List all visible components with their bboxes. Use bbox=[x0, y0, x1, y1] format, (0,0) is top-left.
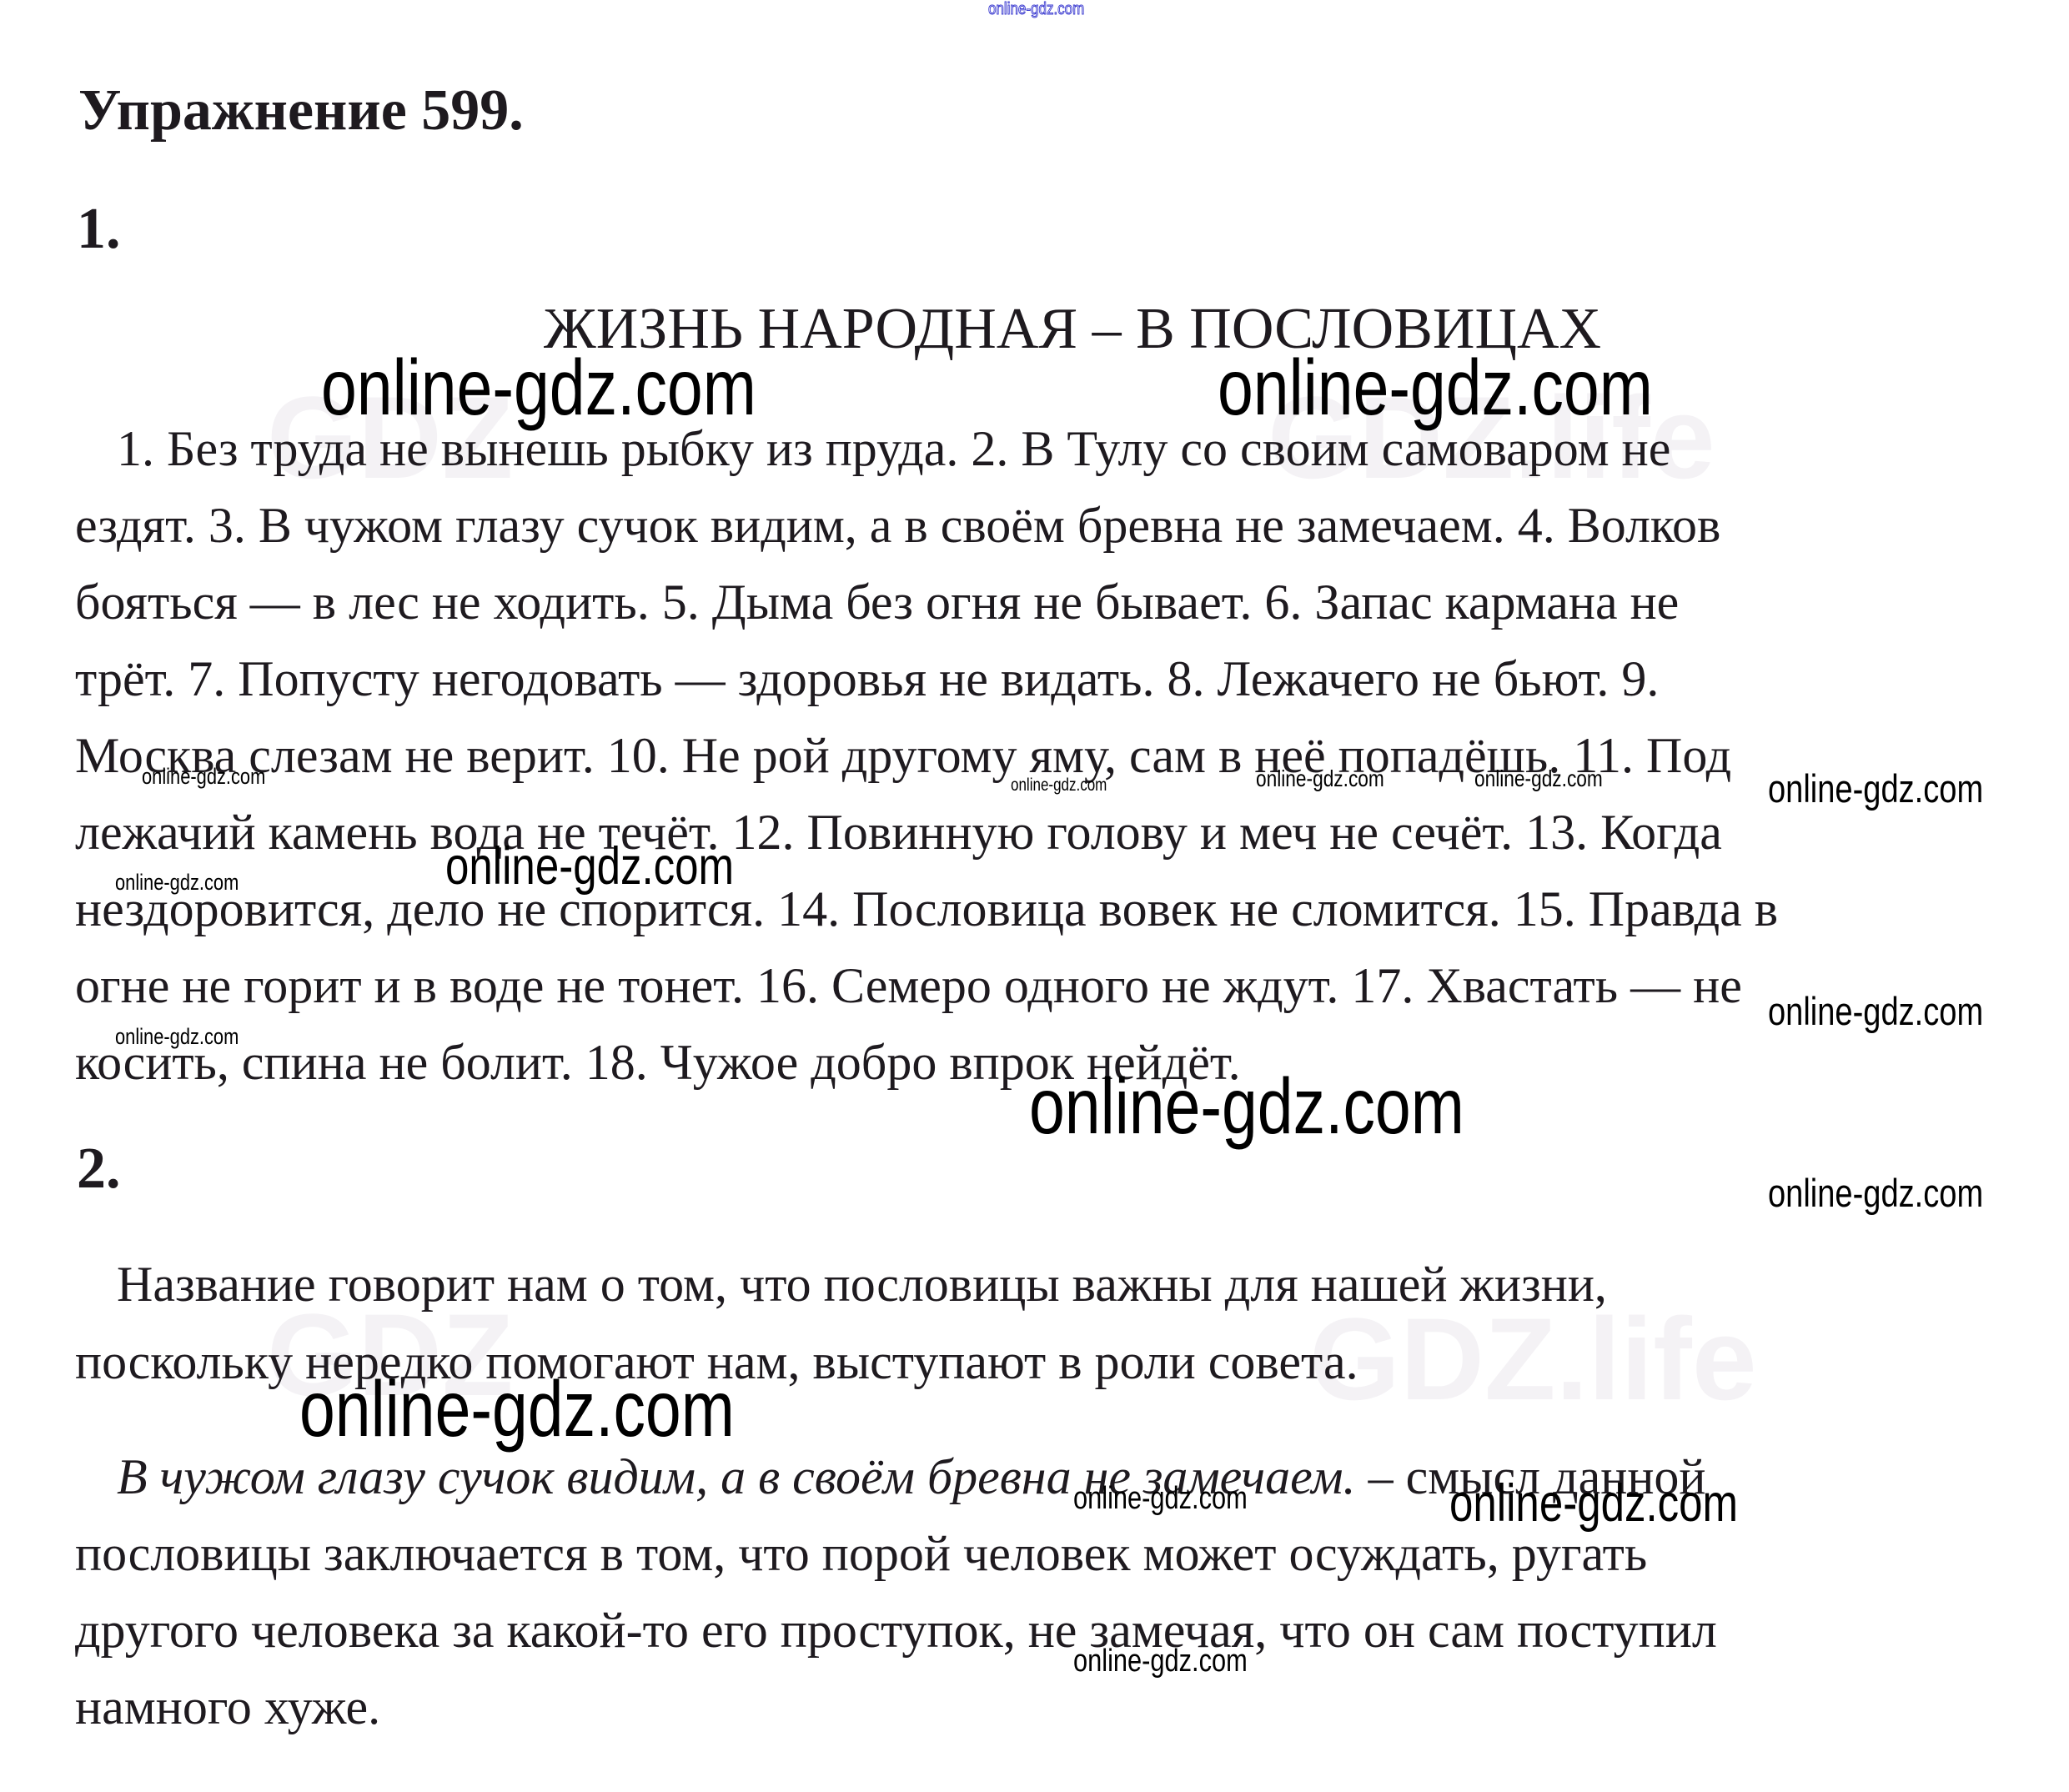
site-watermark: online-gdz.com bbox=[445, 841, 734, 893]
site-watermark: online-gdz.com bbox=[1768, 991, 1983, 1031]
site-watermark: online-gdz.com bbox=[321, 349, 756, 428]
site-watermark: online-gdz.com bbox=[299, 1370, 735, 1449]
watermark-layer: online-gdz.com online-gdz.com online-gdz… bbox=[0, 0, 2069, 1792]
site-watermark: online-gdz.com bbox=[1768, 1173, 1983, 1212]
site-watermark: online-gdz.com bbox=[1073, 1483, 1248, 1514]
site-watermark: online-gdz.com bbox=[1474, 767, 1603, 791]
site-watermark: online-gdz.com bbox=[1768, 769, 1983, 808]
document-page: GDZ GDZ.life GDZ GDZ.life online-gdz.com… bbox=[0, 0, 2069, 1792]
site-watermark: online-gdz.com bbox=[1449, 1478, 1738, 1530]
site-watermark: online-gdz.com bbox=[1011, 776, 1107, 794]
site-watermark: online-gdz.com bbox=[142, 765, 265, 788]
site-watermark: online-gdz.com bbox=[1073, 1645, 1248, 1677]
site-watermark: online-gdz.com bbox=[1029, 1067, 1464, 1147]
site-watermark: online-gdz.com bbox=[1218, 349, 1653, 428]
site-watermark: online-gdz.com bbox=[115, 871, 239, 894]
site-watermark: online-gdz.com bbox=[1256, 767, 1384, 791]
site-watermark: online-gdz.com bbox=[115, 1026, 239, 1048]
